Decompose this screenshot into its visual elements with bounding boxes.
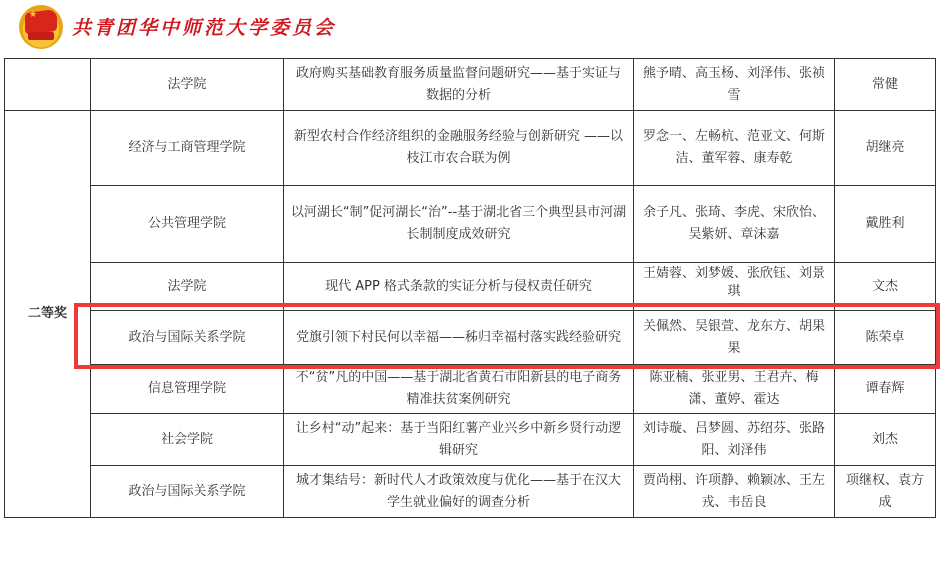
advisor-cell: 胡继亮 bbox=[835, 111, 936, 186]
members-cell: 罗念一、左畅杭、范亚文、何斯洁、董军蓉、康寿乾 bbox=[634, 111, 835, 186]
college-cell: 法学院 bbox=[91, 59, 284, 111]
project-title-cell: 政府购买基础教育服务质量监督问题研究——基于实证与数据的分析 bbox=[284, 59, 634, 111]
members-cell: 陈亚楠、张亚男、王君卉、梅潇、董婷、霍达 bbox=[634, 365, 835, 414]
table-row: 法学院 现代 APP 格式条款的实证分析与侵权责任研究 王婧蓉、刘梦媛、张欣钰、… bbox=[5, 263, 936, 311]
org-title: 共青团华中师范大学委员会 bbox=[72, 13, 336, 40]
page-header: ★ 共青团华中师范大学委员会 bbox=[0, 0, 940, 55]
project-title-cell: 现代 APP 格式条款的实证分析与侵权责任研究 bbox=[284, 263, 634, 311]
award-level-cell: 二等奖 bbox=[5, 111, 91, 518]
awards-table: 法学院 政府购买基础教育服务质量监督问题研究——基于实证与数据的分析 熊予晴、高… bbox=[4, 58, 936, 518]
members-cell: 刘诗璇、吕梦圆、苏绍芬、张路阳、刘泽伟 bbox=[634, 414, 835, 466]
members-cell: 贾尚栩、许项静、赖颖冰、王左戎、韦岳良 bbox=[634, 466, 835, 518]
college-cell: 公共管理学院 bbox=[91, 186, 284, 263]
college-cell: 信息管理学院 bbox=[91, 365, 284, 414]
table-row: 法学院 政府购买基础教育服务质量监督问题研究——基于实证与数据的分析 熊予晴、高… bbox=[5, 59, 936, 111]
league-emblem-icon: ★ bbox=[19, 5, 63, 49]
table-row: 信息管理学院 不“贫”凡的中国——基于湖北省黄石市阳新县的电子商务精准扶贫案例研… bbox=[5, 365, 936, 414]
advisor-cell: 刘杰 bbox=[835, 414, 936, 466]
college-cell: 政治与国际关系学院 bbox=[91, 466, 284, 518]
advisor-cell: 常健 bbox=[835, 59, 936, 111]
table-row: 二等奖 经济与工商管理学院 新型农村合作经济组织的金融服务经验与创新研究 ——以… bbox=[5, 111, 936, 186]
advisor-cell: 文杰 bbox=[835, 263, 936, 311]
project-title-cell: 新型农村合作经济组织的金融服务经验与创新研究 ——以枝江市农合联为例 bbox=[284, 111, 634, 186]
table-row: 公共管理学院 以河湖长“制”促河湖长“治”--基于湖北省三个典型县市河湖长制制度… bbox=[5, 186, 936, 263]
project-title-cell: 城才集结号：新时代人才政策效度与优化——基于在汉大学生就业偏好的调查分析 bbox=[284, 466, 634, 518]
award-level-cell-prev bbox=[5, 59, 91, 111]
table-row: 政治与国际关系学院 城才集结号：新时代人才政策效度与优化——基于在汉大学生就业偏… bbox=[5, 466, 936, 518]
advisor-cell: 谭春辉 bbox=[835, 365, 936, 414]
college-cell: 社会学院 bbox=[91, 414, 284, 466]
table-row: 社会学院 让乡村“动”起来：基于当阳红薯产业兴乡中新乡贤行动逻辑研究 刘诗璇、吕… bbox=[5, 414, 936, 466]
project-title-cell: 以河湖长“制”促河湖长“治”--基于湖北省三个典型县市河湖长制制度成效研究 bbox=[284, 186, 634, 263]
college-cell: 政治与国际关系学院 bbox=[91, 311, 284, 365]
ribbon-icon bbox=[28, 32, 54, 40]
project-title-cell: 不“贫”凡的中国——基于湖北省黄石市阳新县的电子商务精准扶贫案例研究 bbox=[284, 365, 634, 414]
members-cell: 熊予晴、高玉杨、刘泽伟、张祯雪 bbox=[634, 59, 835, 111]
project-title-cell: 让乡村“动”起来：基于当阳红薯产业兴乡中新乡贤行动逻辑研究 bbox=[284, 414, 634, 466]
college-cell: 法学院 bbox=[91, 263, 284, 311]
table-row-highlighted: 政治与国际关系学院 党旗引领下村民何以幸福——秭归幸福村落实践经验研究 关佩然、… bbox=[5, 311, 936, 365]
advisor-cell: 戴胜利 bbox=[835, 186, 936, 263]
star-icon: ★ bbox=[29, 11, 37, 20]
members-cell: 王婧蓉、刘梦媛、张欣钰、刘景琪 bbox=[634, 263, 835, 311]
members-cell: 关佩然、吴银萱、龙东方、胡果果 bbox=[634, 311, 835, 365]
advisor-cell: 项继权、袁方成 bbox=[835, 466, 936, 518]
college-cell: 经济与工商管理学院 bbox=[91, 111, 284, 186]
members-cell: 余子凡、张琦、李虎、宋欣怡、吴紫妍、章沫嘉 bbox=[634, 186, 835, 263]
advisor-cell: 陈荣卓 bbox=[835, 311, 936, 365]
project-title-cell: 党旗引领下村民何以幸福——秭归幸福村落实践经验研究 bbox=[284, 311, 634, 365]
